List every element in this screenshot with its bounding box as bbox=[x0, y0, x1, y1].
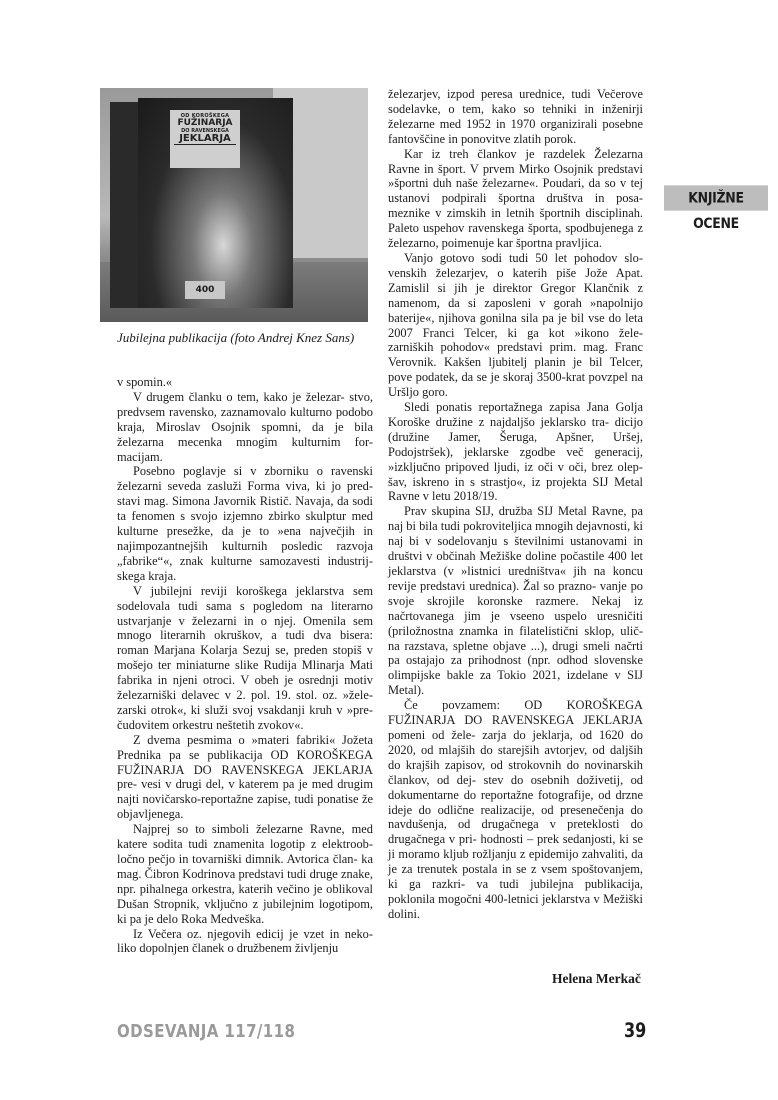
paragraph: V jubilejni reviji koroškega jeklarstva … bbox=[117, 584, 373, 733]
cover-title-line: JEKLARJA bbox=[174, 134, 236, 146]
publication-footer: ODSEVANJA 117/118 bbox=[117, 1020, 295, 1042]
left-column: v spomin.« V drugem članku o tem, kako j… bbox=[117, 375, 373, 956]
section-label: KNJIŽNE OCENE bbox=[664, 185, 768, 210]
paragraph: Iz Večera oz. njegovih edicij je vzet in… bbox=[117, 927, 373, 957]
book-photo: OD KOROŠKEGA FUŽINARJA DO RAVENSKEGA JEK… bbox=[100, 88, 368, 322]
paragraph: v spomin.« bbox=[117, 375, 373, 390]
page-number: 39 bbox=[624, 1019, 646, 1042]
paragraph: Posebno poglavje si v zborniku o ravensk… bbox=[117, 464, 373, 583]
photo-caption: Jubilejna publikacija (foto Andrej Knez … bbox=[117, 330, 377, 346]
paragraph: Z dvema pesmima o »materi fabriki« Jožet… bbox=[117, 733, 373, 822]
author-signature: Helena Merkač bbox=[552, 971, 641, 987]
jubilee-logo: 400 bbox=[185, 281, 225, 299]
book-image: OD KOROŠKEGA FUŽINARJA DO RAVENSKEGA JEK… bbox=[110, 98, 290, 308]
paragraph: Kar iz treh člankov je razdelek Železarn… bbox=[388, 147, 643, 251]
paragraph: Vanjo gotovo sodi tudi 50 let pohodov sl… bbox=[388, 251, 643, 400]
book-cover-title: OD KOROŠKEGA FUŽINARJA DO RAVENSKEGA JEK… bbox=[170, 110, 240, 168]
paragraph: Sledi ponatis reportažnega zapisa Jana G… bbox=[388, 400, 643, 504]
paragraph: Najprej so to simboli železarne Ravne, m… bbox=[117, 822, 373, 926]
paragraph: Če povzamem: OD KOROŠKEGA FUŽINARJA DO R… bbox=[388, 698, 643, 922]
paragraph: Prav skupina SIJ, družba SIJ Metal Ravne… bbox=[388, 504, 643, 698]
right-column: železarjev, izpod peresa urednice, tudi … bbox=[388, 87, 643, 922]
paragraph: železarjev, izpod peresa urednice, tudi … bbox=[388, 87, 643, 147]
paragraph: V drugem članku o tem, kako je železar- … bbox=[117, 390, 373, 465]
